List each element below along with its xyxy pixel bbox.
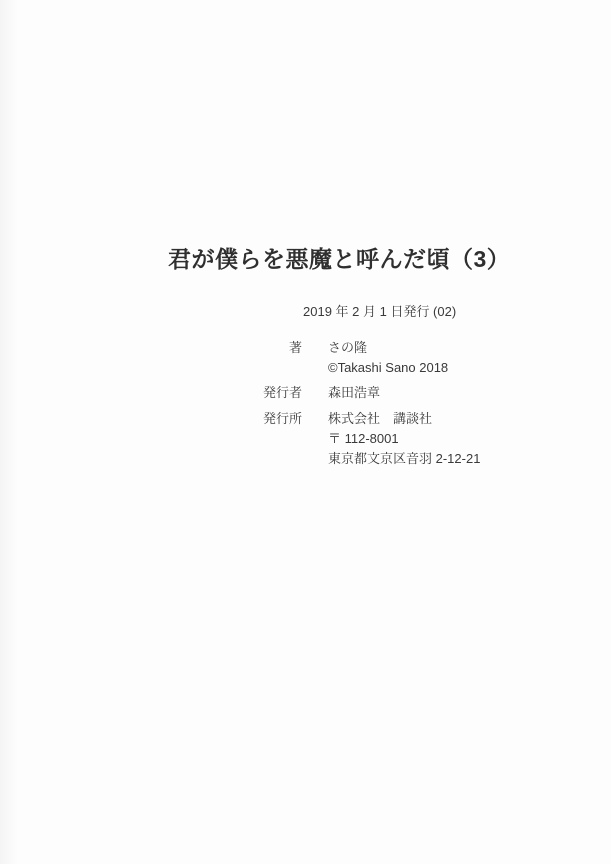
publishing-office-label: 発行所 bbox=[197, 409, 302, 429]
address-label-spacer bbox=[197, 449, 302, 469]
copyright-row: ©Takashi Sano 2018 bbox=[197, 358, 480, 378]
address-row: 東京都文京区音羽 2-12-21 bbox=[197, 449, 480, 469]
publishing-office-name: 株式会社 講談社 bbox=[328, 409, 432, 429]
publisher-address: 東京都文京区音羽 2-12-21 bbox=[328, 449, 480, 469]
publisher-label: 発行者 bbox=[197, 383, 302, 403]
postal-code: 〒 112-8001 bbox=[328, 429, 399, 449]
postal-code-row: 〒 112-8001 bbox=[197, 429, 480, 449]
colophon-page: 君が僕らを悪魔と呼んだ頃（3） 2019 年 2 月 1 日発行 (02) 著 … bbox=[0, 0, 611, 864]
colophon-block: 著 さの隆 ©Takashi Sano 2018 発行者 森田浩章 発行所 株式… bbox=[197, 338, 480, 469]
publishing-office-row: 発行所 株式会社 講談社 bbox=[197, 409, 480, 429]
postal-code-label-spacer bbox=[197, 429, 302, 449]
publisher-row: 発行者 森田浩章 bbox=[197, 383, 480, 403]
publisher-name: 森田浩章 bbox=[328, 383, 380, 403]
author-name: さの隆 bbox=[328, 338, 367, 358]
copyright-label-spacer bbox=[197, 358, 302, 378]
author-label: 著 bbox=[197, 338, 302, 358]
book-title: 君が僕らを悪魔と呼んだ頃（3） bbox=[168, 241, 510, 274]
author-row: 著 さの隆 bbox=[197, 338, 480, 358]
edition-date-line: 2019 年 2 月 1 日発行 (02) bbox=[303, 301, 456, 320]
copyright-line: ©Takashi Sano 2018 bbox=[328, 358, 448, 378]
